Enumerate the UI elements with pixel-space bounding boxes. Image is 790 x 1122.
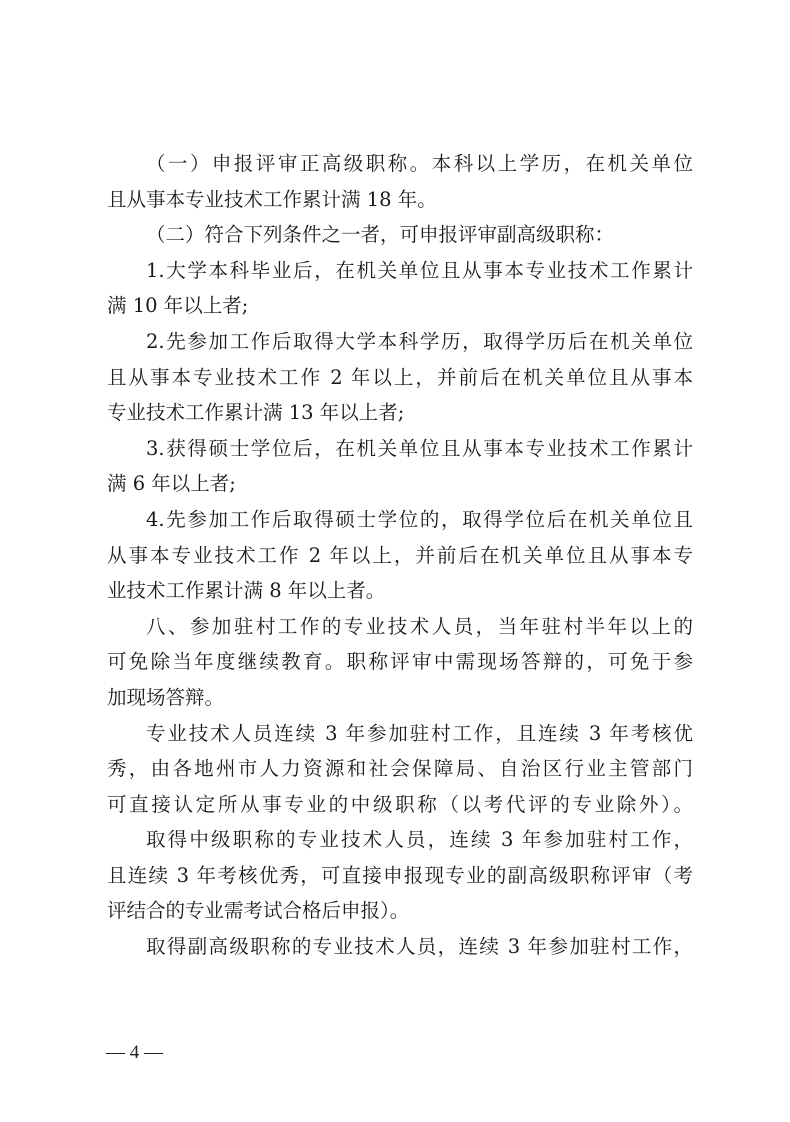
text-line: （一）申报评审正高级职称。本科以上学历，在机关单位 [107, 146, 693, 182]
text-line: 业技术工作累计满 8 年以上者。 [107, 573, 693, 609]
text-line: 可免除当年度继续教育。职称评审中需现场答辩的，可免于参 [107, 644, 693, 680]
document-page: （一）申报评审正高级职称。本科以上学历，在机关单位 且从事本专业技术工作累计满 … [0, 0, 790, 1122]
text-line: 评结合的专业需考试合格后申报）。 [107, 893, 693, 929]
text-line: 取得中级职称的专业技术人员，连续 3 年参加驻村工作， [107, 822, 693, 858]
text-line: 取得副高级职称的专业技术人员，连续 3 年参加驻村工作， [107, 929, 693, 965]
text-line: 可直接认定所从事专业的中级职称（以考代评的专业除外）。 [107, 787, 693, 823]
text-line: 满 10 年以上者; [107, 288, 693, 324]
text-line: 且连续 3 年考核优秀，可直接申报现专业的副高级职称评审（考 [107, 858, 693, 894]
text-line: 专业技术工作累计满 13 年以上者; [107, 395, 693, 431]
text-line: 1.大学本科毕业后，在机关单位且从事本专业技术工作累计 [107, 253, 693, 289]
document-body: （一）申报评审正高级职称。本科以上学历，在机关单位 且从事本专业技术工作累计满 … [107, 146, 693, 965]
page-number: — 4 — [106, 1042, 163, 1064]
text-line: 专业技术人员连续 3 年参加驻村工作，且连续 3 年考核优 [107, 716, 693, 752]
text-line: 且从事本专业技术工作累计满 18 年。 [107, 182, 693, 218]
text-line: 秀，由各地州市人力资源和社会保障局、自治区行业主管部门 [107, 751, 693, 787]
text-line: 从事本专业技术工作 2 年以上，并前后在机关单位且从事本专 [107, 538, 693, 574]
text-line: 2.先参加工作后取得大学本科学历，取得学历后在机关单位 [107, 324, 693, 360]
text-line: 3.获得硕士学位后，在机关单位且从事本专业技术工作累计 [107, 431, 693, 467]
text-line: 八、参加驻村工作的专业技术人员，当年驻村半年以上的 [107, 609, 693, 645]
text-line: 4.先参加工作后取得硕士学位的，取得学位后在机关单位且 [107, 502, 693, 538]
text-line: 满 6 年以上者; [107, 466, 693, 502]
text-line: （二）符合下列条件之一者，可申报评审副高级职称： [107, 217, 693, 253]
text-line: 且从事本专业技术工作 2 年以上，并前后在机关单位且从事本 [107, 360, 693, 396]
text-line: 加现场答辩。 [107, 680, 693, 716]
